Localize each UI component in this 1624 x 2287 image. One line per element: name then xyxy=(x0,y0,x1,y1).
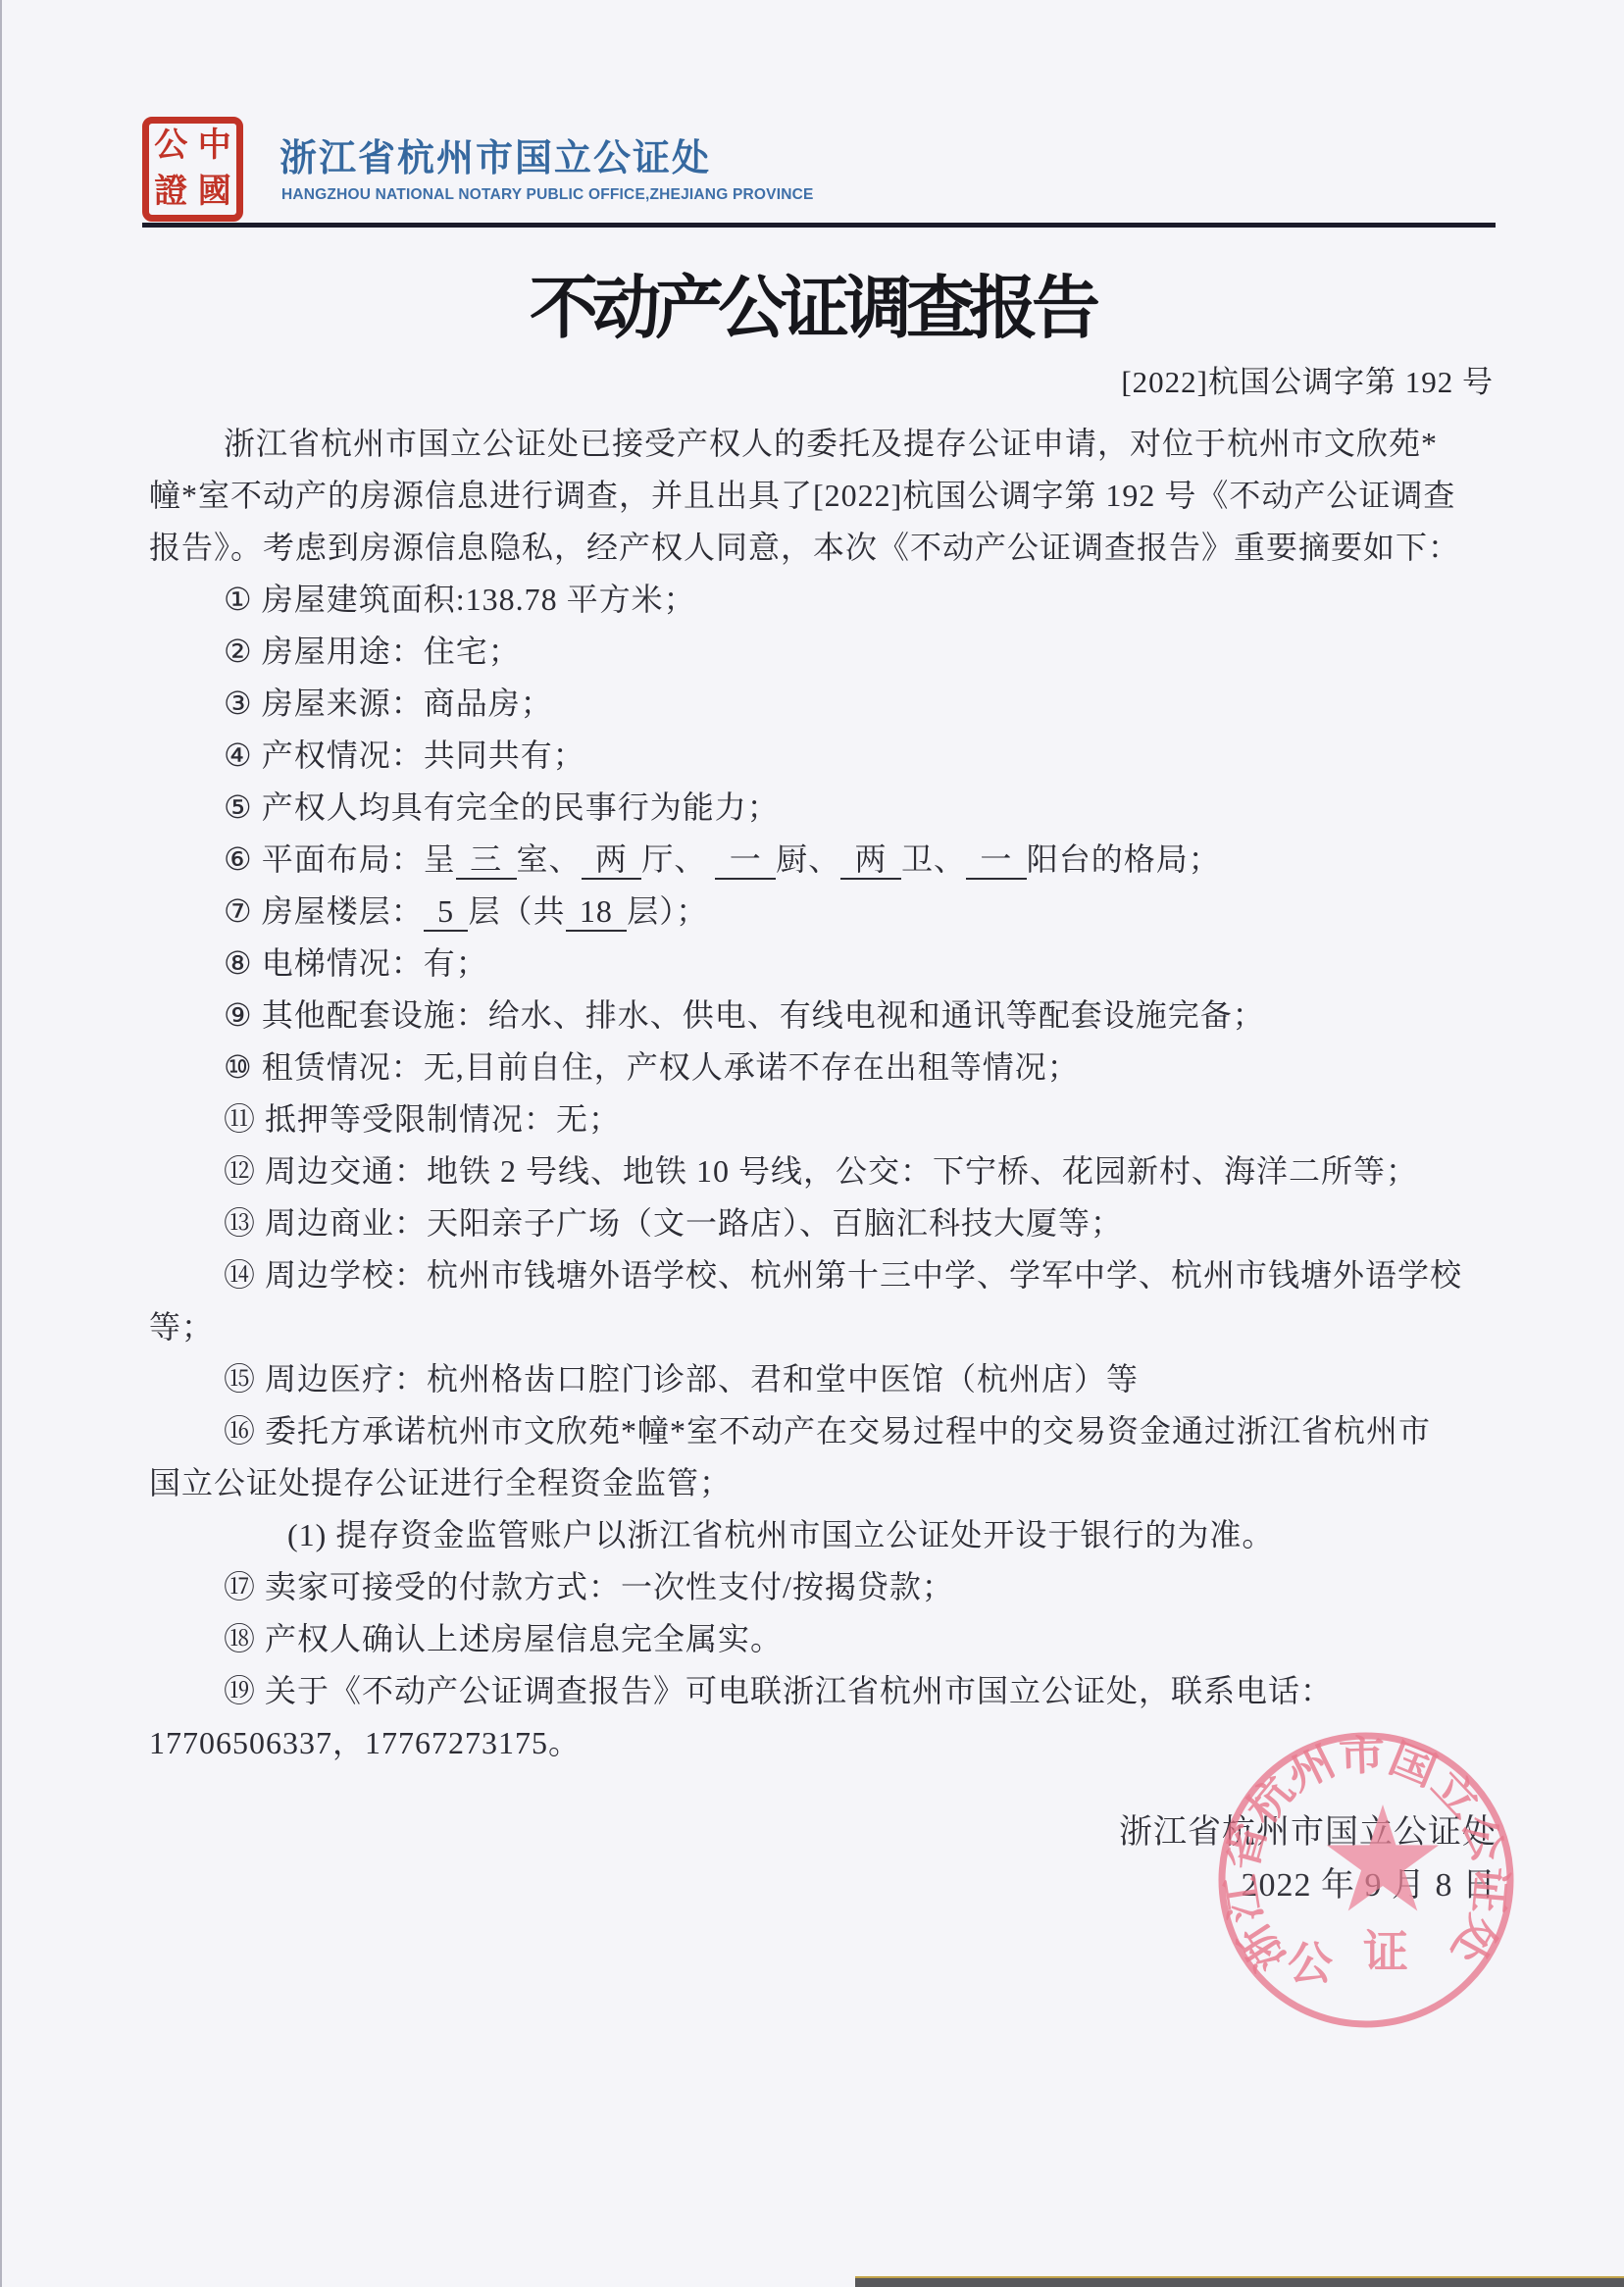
body-line: ⑥ 平面布局：呈三室、两厅、 一厨、两卫、一阳台的格局； xyxy=(149,834,1504,886)
body-line: ⑩ 租赁情况：无,目前自住，产权人承诺不存在出租等情况； xyxy=(149,1042,1504,1093)
organization-name: 浙江省杭州市国立公证处 xyxy=(279,127,711,181)
body-line: ② 房屋用途：住宅； xyxy=(149,626,1504,678)
body-line: ⑦ 房屋楼层：5层（共18层）； xyxy=(149,886,1504,938)
seal-center-char: 公 xyxy=(1288,1939,1333,1989)
logo-char: 中 xyxy=(193,124,237,170)
body-line: ③ 房屋来源：商品房； xyxy=(149,678,1504,730)
scan-edge-bottom xyxy=(855,2276,1624,2287)
body-line: ⑫ 周边交通：地铁 2 号线、地铁 10 号线，公交：下宁桥、花园新村、海洋二所… xyxy=(149,1145,1504,1197)
body-line: ⑨ 其他配套设施：给水、排水、供电、有线电视和通讯等配套设施完备； xyxy=(149,990,1504,1042)
body-line: ⑪ 抵押等受限制情况：无； xyxy=(149,1093,1504,1145)
signature-block: 浙江省杭州市国立公证处 2022 年 9 月 8 日 xyxy=(1119,1806,1497,1912)
document-number: [2022]杭国公调字第 192 号 xyxy=(1121,357,1494,401)
body-line: 17706506337，17767273175。 xyxy=(149,1717,1504,1769)
body-line: ⑯ 委托方承诺杭州市文欣苑*幢*室不动产在交易过程中的交易资金通过浙江省杭州市 xyxy=(149,1405,1504,1457)
body-line: ① 房屋建筑面积:138.78 平方米； xyxy=(149,574,1504,626)
filled-blank: 一 xyxy=(966,840,1027,880)
filled-blank: 三 xyxy=(456,840,517,880)
logo-char: 國 xyxy=(193,170,237,216)
document-body: 浙江省杭州市国立公证处已接受产权人的委托及提存公证申请，对位于杭州市文欣苑*幢*… xyxy=(149,418,1504,1769)
notary-office-logo: 中 公 國 證 xyxy=(142,117,243,222)
logo-char: 證 xyxy=(149,170,193,216)
body-line: ⑬ 周边商业：天阳亲子广场（文一路店）、百脑汇科技大厦等； xyxy=(149,1197,1504,1249)
body-line: (1) 提存资金监管账户以浙江省杭州市国立公证处开设于银行的为准。 xyxy=(149,1509,1504,1561)
body-line: 幢*室不动产的房源信息进行调查，并且出具了[2022]杭国公调字第 192 号《… xyxy=(149,470,1504,522)
body-line: ⑤ 产权人均具有完全的民事行为能力； xyxy=(149,782,1504,834)
filled-blank: 18 xyxy=(566,892,628,932)
body-line: 浙江省杭州市国立公证处已接受产权人的委托及提存公证申请，对位于杭州市文欣苑* xyxy=(149,418,1504,470)
seal-center-char: 证 xyxy=(1363,1927,1408,1977)
signature-date: 2022 年 9 月 8 日 xyxy=(1119,1859,1497,1912)
body-line: ⑲ 关于《不动产公证调查报告》可电联浙江省杭州市国立公证处，联系电话： xyxy=(149,1665,1504,1717)
body-line: 国立公证处提存公证进行全程资金监管； xyxy=(149,1457,1504,1509)
signature-org: 浙江省杭州市国立公证处 xyxy=(1119,1806,1497,1859)
filled-blank: 5 xyxy=(424,892,469,932)
filled-blank: 一 xyxy=(715,840,776,880)
document-title: 不动产公证调查报告 xyxy=(0,253,1624,352)
body-line: 报告》。考虑到房源信息隐私，经产权人同意，本次《不动产公证调查报告》重要摘要如下… xyxy=(149,522,1504,574)
body-line: ⑧ 电梯情况：有； xyxy=(149,938,1504,990)
organization-name-english: HANGZHOU NATIONAL NOTARY PUBLIC OFFICE,Z… xyxy=(281,186,814,204)
header-divider xyxy=(142,223,1496,228)
filled-blank: 两 xyxy=(840,840,901,880)
logo-char: 公 xyxy=(149,124,193,170)
filled-blank: 两 xyxy=(582,840,642,880)
document-page: 中 公 國 證 浙江省杭州市国立公证处 HANGZHOU NATIONAL NO… xyxy=(0,0,1624,2287)
body-line: ⑰ 卖家可接受的付款方式：一次性支付/按揭贷款； xyxy=(149,1561,1504,1613)
body-line: 等； xyxy=(149,1301,1504,1353)
body-line: ⑱ 产权人确认上述房屋信息完全属实。 xyxy=(149,1613,1504,1665)
body-line: ④ 产权情况：共同共有； xyxy=(149,730,1504,782)
body-line: ⑭ 周边学校：杭州市钱塘外语学校、杭州第十三中学、学军中学、杭州市钱塘外语学校 xyxy=(149,1249,1504,1301)
body-line: ⑮ 周边医疗：杭州格齿口腔门诊部、君和堂中医馆（杭州店）等 xyxy=(149,1353,1504,1405)
